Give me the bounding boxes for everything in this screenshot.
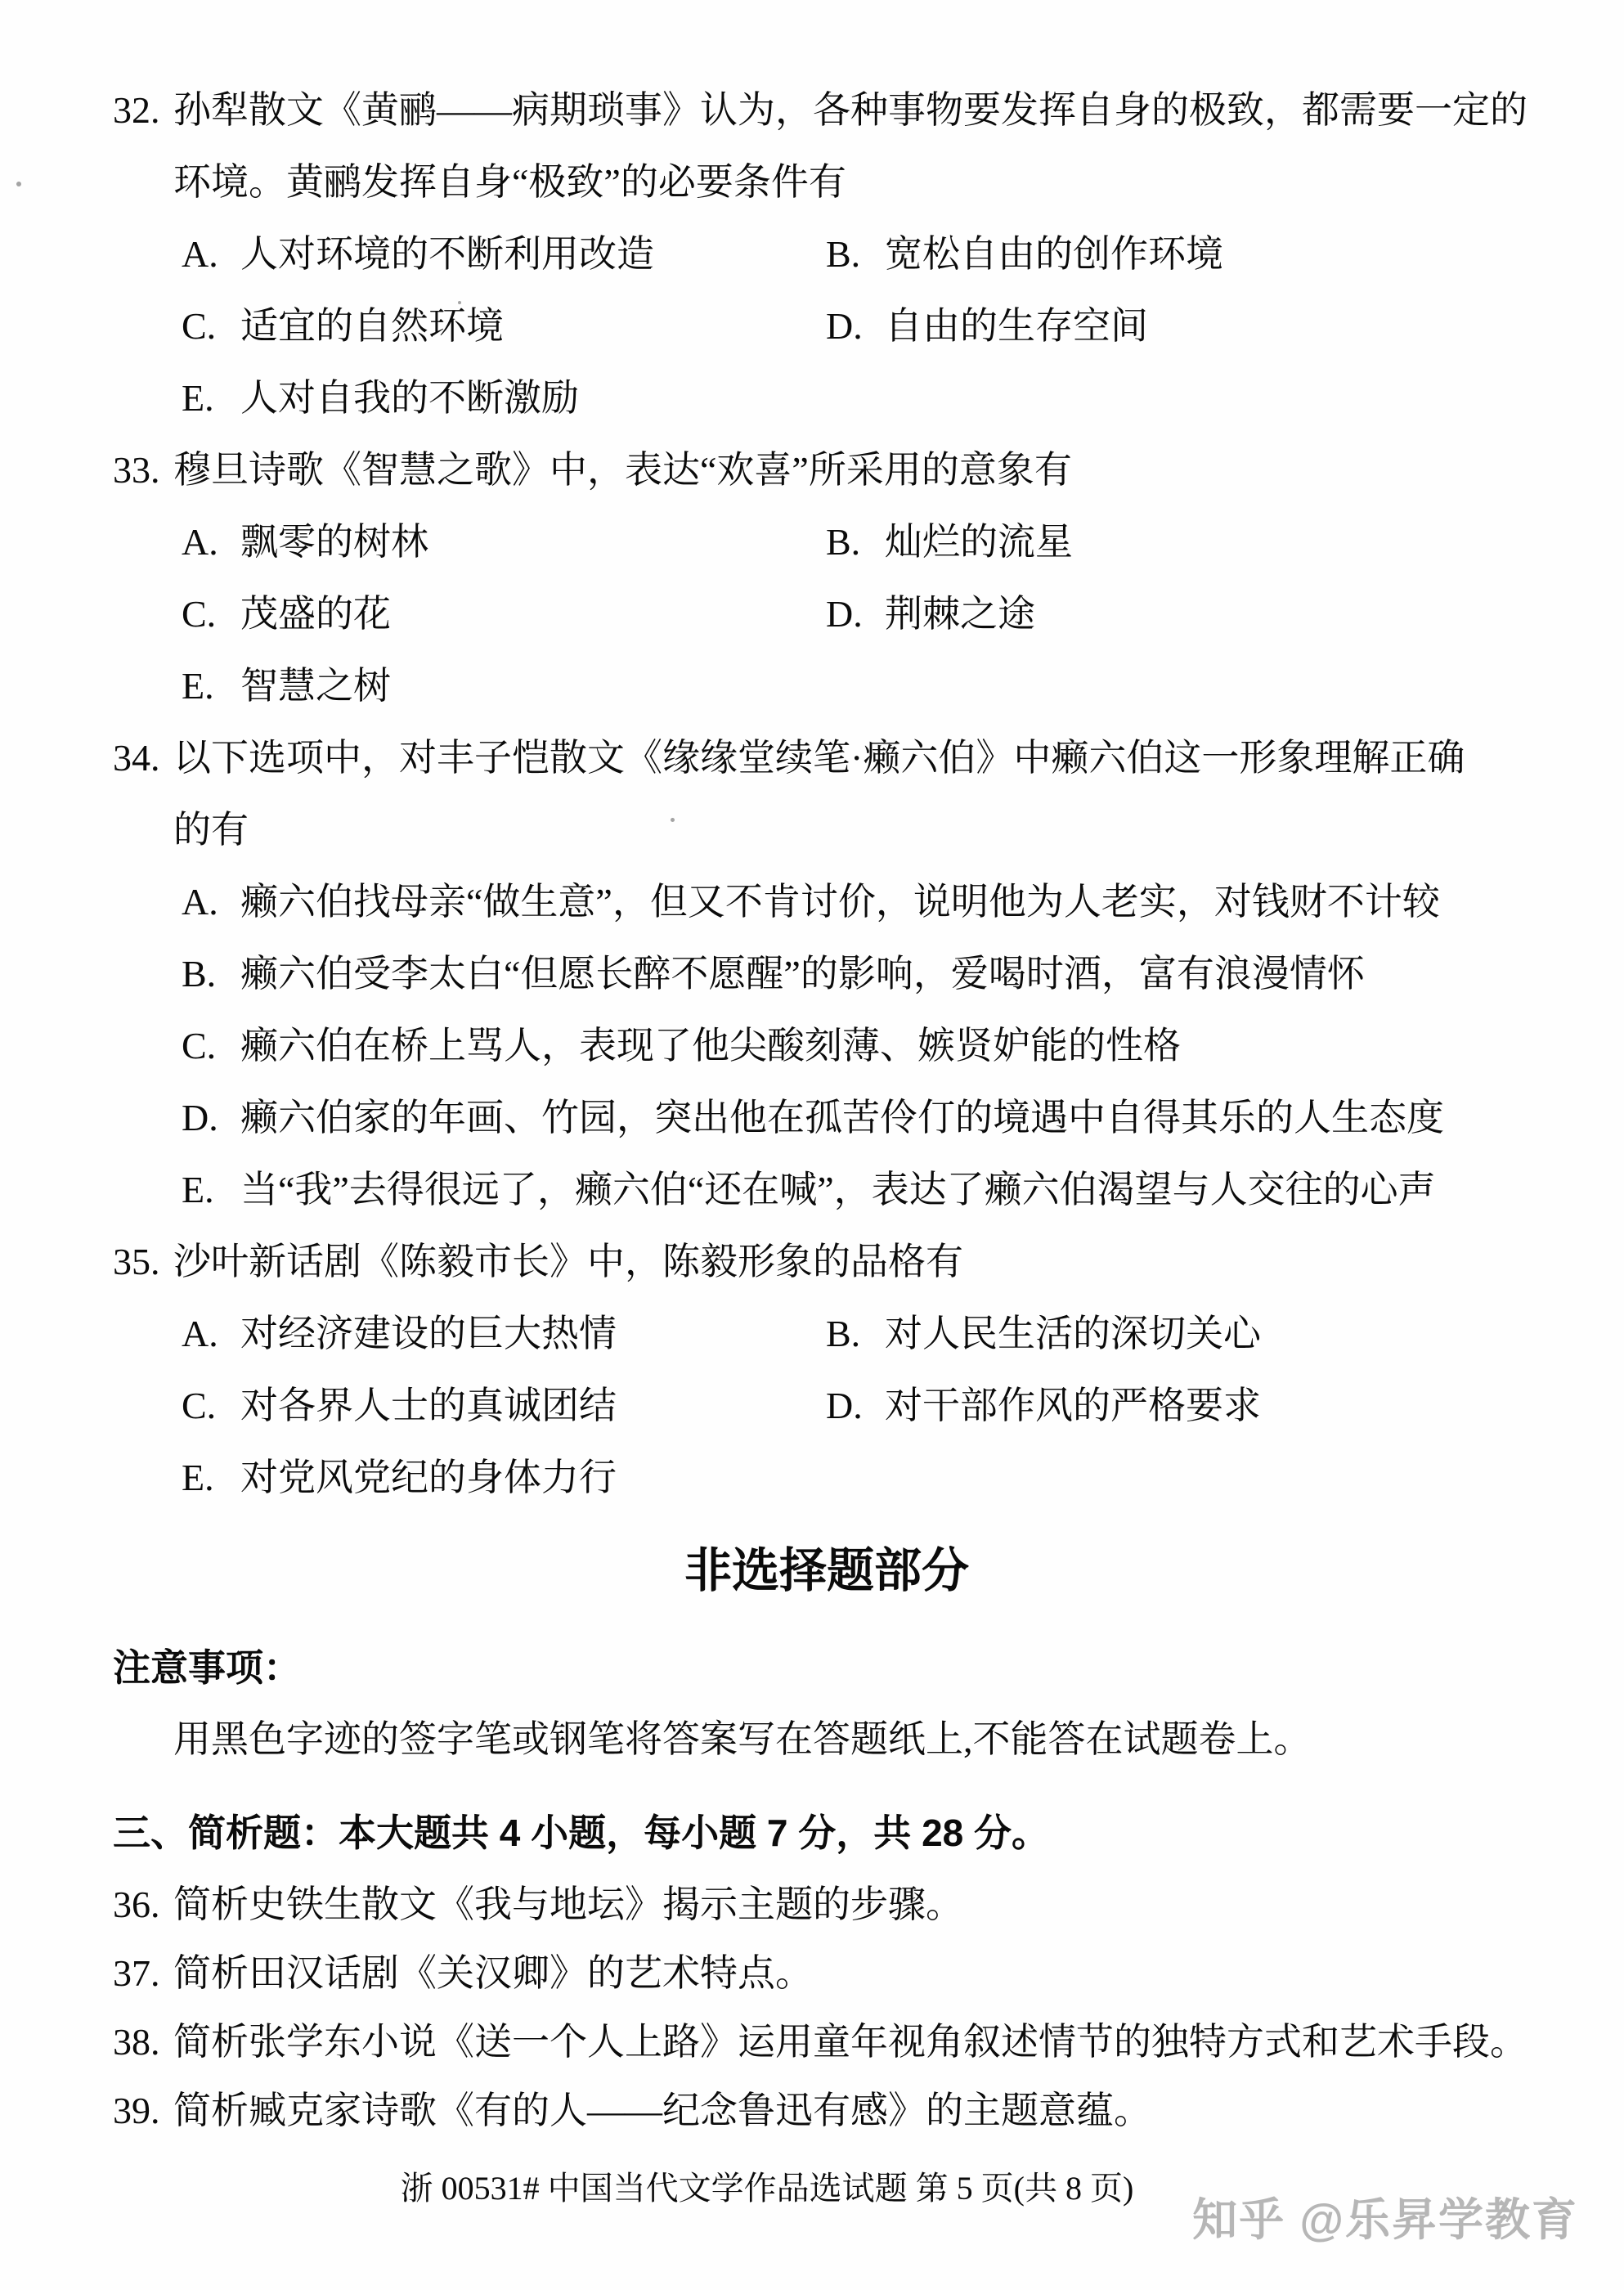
option-text: 适宜的自然环境 bbox=[240, 304, 504, 348]
option-text: 智慧之树 bbox=[240, 664, 391, 708]
option-label: A. bbox=[182, 520, 240, 564]
option-a: A. 癞六伯找母亲“做生意”，但又不肯讨价，说明他为人老实，对钱财不计较 bbox=[182, 880, 1440, 924]
option-c: C. 茂盛的花 bbox=[182, 592, 826, 636]
option-text: 对人民生活的深切关心 bbox=[885, 1312, 1261, 1356]
option-b: B. 宽松自由的创作环境 bbox=[826, 232, 1223, 276]
option-label: A. bbox=[182, 880, 240, 924]
option-label: E. bbox=[182, 664, 240, 708]
option-text: 飘零的树林 bbox=[240, 520, 428, 564]
option-row: C. 对各界人士的真诚团结 D. 对干部作风的严格要求 bbox=[182, 1384, 1508, 1428]
option-text: 人对自我的不断激励 bbox=[240, 376, 579, 420]
option-row: C. 适宜的自然环境 D. 自由的生存空间 bbox=[182, 304, 1508, 348]
question-34: 34. 以下选项中，对丰子恺散文《缘缘堂续笔·癞六伯》中癞六伯这一形象理解正确 … bbox=[113, 736, 1508, 1212]
option-c: C. 对各界人士的真诚团结 bbox=[182, 1384, 826, 1428]
option-label: B. bbox=[826, 1312, 885, 1356]
option-label: B. bbox=[826, 520, 885, 564]
option-c: C. 适宜的自然环境 bbox=[182, 304, 826, 348]
options-list: A. 癞六伯找母亲“做生意”，但又不肯讨价，说明他为人老实，对钱财不计较 B. … bbox=[113, 880, 1508, 1212]
option-row: E. 人对自我的不断激励 bbox=[182, 376, 1508, 420]
question-38: 38. 简析张学东小说《送一个人上路》运用童年视角叙述情节的独特方式和艺术手段。 bbox=[113, 2020, 1508, 2064]
option-text: 对经济建设的巨大热情 bbox=[240, 1312, 617, 1356]
page-content: 32. 孙犁散文《黄鹂——病期琐事》认为，各种事物要发挥自身的极致，都需要一定的… bbox=[113, 88, 1508, 2158]
option-text: 对党风党纪的身体力行 bbox=[240, 1456, 617, 1500]
option-label: B. bbox=[826, 232, 885, 276]
option-label: D. bbox=[826, 304, 885, 348]
option-row: E. 智慧之树 bbox=[182, 664, 1508, 708]
question-number: 39. bbox=[113, 2089, 173, 2133]
option-label: C. bbox=[182, 304, 240, 348]
option-label: B. bbox=[182, 952, 240, 996]
question-number: 35. bbox=[113, 1240, 173, 1284]
question-text-line: 的有 bbox=[113, 808, 1508, 852]
options-list: A. 人对环境的不断利用改造 B. 宽松自由的创作环境 C. 适宜的自然环境 D… bbox=[113, 232, 1508, 420]
option-text: 荆棘之途 bbox=[885, 592, 1035, 636]
option-row: E. 对党风党纪的身体力行 bbox=[182, 1456, 1508, 1500]
option-row: A. 癞六伯找母亲“做生意”，但又不肯讨价，说明他为人老实，对钱财不计较 bbox=[182, 880, 1508, 924]
question-36: 36. 简析史铁生散文《我与地坛》揭示主题的步骤。 bbox=[113, 1883, 1508, 1927]
option-text: 茂盛的花 bbox=[240, 592, 391, 636]
option-text: 对各界人士的真诚团结 bbox=[240, 1384, 617, 1428]
option-a: A. 人对环境的不断利用改造 bbox=[182, 232, 826, 276]
question-text-line: 环境。黄鹂发挥自身“极致”的必要条件有 bbox=[113, 160, 1508, 204]
option-text: 对干部作风的严格要求 bbox=[885, 1384, 1261, 1428]
option-d: D. 对干部作风的严格要求 bbox=[826, 1384, 1261, 1428]
question-text-line: 沙叶新话剧《陈毅市长》中，陈毅形象的品格有 bbox=[173, 1240, 963, 1284]
question-number: 36. bbox=[113, 1883, 173, 1927]
option-d: D. 自由的生存空间 bbox=[826, 304, 1148, 348]
option-label: E. bbox=[182, 1456, 240, 1500]
option-text: 当“我”去得很远了，癞六伯“还在喊”，表达了癞六伯渴望与人交往的心声 bbox=[240, 1168, 1436, 1212]
question-number: 33. bbox=[113, 448, 173, 492]
option-text: 癞六伯家的年画、竹园，突出他在孤苦伶仃的境遇中自得其乐的人生态度 bbox=[240, 1096, 1444, 1140]
option-text: 癞六伯在桥上骂人，表现了他尖酸刻薄、嫉贤妒能的性格 bbox=[240, 1024, 1181, 1068]
question-number: 34. bbox=[113, 736, 173, 780]
question-37: 37. 简析田汉话剧《关汉卿》的艺术特点。 bbox=[113, 1951, 1508, 1996]
option-label: A. bbox=[182, 1312, 240, 1356]
option-text: 癞六伯找母亲“做生意”，但又不肯讨价，说明他为人老实，对钱财不计较 bbox=[240, 880, 1440, 924]
question-text: 简析田汉话剧《关汉卿》的艺术特点。 bbox=[173, 1951, 813, 1996]
option-row: A. 飘零的树林 B. 灿烂的流星 bbox=[182, 520, 1508, 564]
question-text-line: 以下选项中，对丰子恺散文《缘缘堂续笔·癞六伯》中癞六伯这一形象理解正确 bbox=[173, 736, 1465, 780]
question-39: 39. 简析臧克家诗歌《有的人——纪念鲁迅有感》的主题意蕴。 bbox=[113, 2089, 1508, 2133]
notice-label: 注意事项： bbox=[113, 1646, 1508, 1690]
option-d: D. 癞六伯家的年画、竹园，突出他在孤苦伶仃的境遇中自得其乐的人生态度 bbox=[182, 1096, 1444, 1140]
option-label: E. bbox=[182, 1168, 240, 1212]
option-text: 灿烂的流星 bbox=[885, 520, 1073, 564]
question-text-line: 孙犁散文《黄鹂——病期琐事》认为，各种事物要发挥自身的极致，都需要一定的 bbox=[173, 88, 1528, 132]
option-row: A. 人对环境的不断利用改造 B. 宽松自由的创作环境 bbox=[182, 232, 1508, 276]
option-row: C. 茂盛的花 D. 荆棘之途 bbox=[182, 592, 1508, 636]
option-label: A. bbox=[182, 232, 240, 276]
question-33: 33. 穆旦诗歌《智慧之歌》中，表达“欢喜”所采用的意象有 A. 飘零的树林 B… bbox=[113, 448, 1508, 708]
option-e: E. 对党风党纪的身体力行 bbox=[182, 1456, 617, 1500]
question-text-line: 穆旦诗歌《智慧之歌》中，表达“欢喜”所采用的意象有 bbox=[173, 448, 1072, 492]
option-text: 癞六伯受李太白“但愿长醉不愿醒”的影响，爱喝时酒，富有浪漫情怀 bbox=[240, 952, 1365, 996]
option-b: B. 癞六伯受李太白“但愿长醉不愿醒”的影响，爱喝时酒，富有浪漫情怀 bbox=[182, 952, 1365, 996]
option-b: B. 灿烂的流星 bbox=[826, 520, 1073, 564]
question-32: 32. 孙犁散文《黄鹂——病期琐事》认为，各种事物要发挥自身的极致，都需要一定的… bbox=[113, 88, 1508, 420]
option-a: A. 飘零的树林 bbox=[182, 520, 826, 564]
option-label: E. bbox=[182, 376, 240, 420]
option-b: B. 对人民生活的深切关心 bbox=[826, 1312, 1261, 1356]
option-row: A. 对经济建设的巨大热情 B. 对人民生活的深切关心 bbox=[182, 1312, 1508, 1356]
short-question-list: 36. 简析史铁生散文《我与地坛》揭示主题的步骤。 37. 简析田汉话剧《关汉卿… bbox=[113, 1883, 1508, 2133]
option-label: C. bbox=[182, 592, 240, 636]
question-text: 简析臧克家诗歌《有的人——纪念鲁迅有感》的主题意蕴。 bbox=[173, 2089, 1151, 2133]
option-row: E. 当“我”去得很远了，癞六伯“还在喊”，表达了癞六伯渴望与人交往的心声 bbox=[182, 1168, 1508, 1212]
option-e: E. 人对自我的不断激励 bbox=[182, 376, 579, 420]
option-label: C. bbox=[182, 1024, 240, 1068]
option-a: A. 对经济建设的巨大热情 bbox=[182, 1312, 826, 1356]
question-number: 37. bbox=[113, 1951, 173, 1996]
question-number: 32. bbox=[113, 88, 173, 132]
question-text: 简析史铁生散文《我与地坛》揭示主题的步骤。 bbox=[173, 1883, 963, 1927]
option-d: D. 荆棘之途 bbox=[826, 592, 1035, 636]
option-row: D. 癞六伯家的年画、竹园，突出他在孤苦伶仃的境遇中自得其乐的人生态度 bbox=[182, 1096, 1508, 1140]
exam-page: 32. 孙犁散文《黄鹂——病期琐事》认为，各种事物要发挥自身的极致，都需要一定的… bbox=[0, 0, 1624, 2290]
options-list: A. 对经济建设的巨大热情 B. 对人民生活的深切关心 C. 对各界人士的真诚团… bbox=[113, 1312, 1508, 1500]
question-number: 38. bbox=[113, 2020, 173, 2064]
option-label: D. bbox=[826, 1384, 885, 1428]
option-e: E. 当“我”去得很远了，癞六伯“还在喊”，表达了癞六伯渴望与人交往的心声 bbox=[182, 1168, 1436, 1212]
option-label: D. bbox=[182, 1096, 240, 1140]
options-list: A. 飘零的树林 B. 灿烂的流星 C. 茂盛的花 D. 荆棘之 bbox=[113, 520, 1508, 708]
option-label: C. bbox=[182, 1384, 240, 1428]
question-text: 简析张学东小说《送一个人上路》运用童年视角叙述情节的独特方式和艺术手段。 bbox=[173, 2020, 1528, 2064]
option-text: 宽松自由的创作环境 bbox=[885, 232, 1223, 276]
option-text: 自由的生存空间 bbox=[885, 304, 1148, 348]
section-heading-non-mc: 非选择题部分 bbox=[113, 1542, 1508, 1600]
watermark: 知乎 @乐昇学教育 bbox=[1192, 2195, 1578, 2244]
option-row: C. 癞六伯在桥上骂人，表现了他尖酸刻薄、嫉贤妒能的性格 bbox=[182, 1024, 1508, 1068]
scan-speck bbox=[16, 182, 21, 186]
option-c: C. 癞六伯在桥上骂人，表现了他尖酸刻薄、嫉贤妒能的性格 bbox=[182, 1024, 1181, 1068]
option-e: E. 智慧之树 bbox=[182, 664, 391, 708]
notice-text: 用黑色字迹的签字笔或钢笔将答案写在答题纸上,不能答在试题卷上。 bbox=[113, 1717, 1508, 1762]
option-label: D. bbox=[826, 592, 885, 636]
option-text: 人对环境的不断利用改造 bbox=[240, 232, 654, 276]
question-35: 35. 沙叶新话剧《陈毅市长》中，陈毅形象的品格有 A. 对经济建设的巨大热情 … bbox=[113, 1240, 1508, 1500]
option-row: B. 癞六伯受李太白“但愿长醉不愿醒”的影响，爱喝时酒，富有浪漫情怀 bbox=[182, 952, 1508, 996]
part3-heading: 三、简析题：本大题共 4 小题，每小题 7 分，共 28 分。 bbox=[113, 1811, 1508, 1855]
